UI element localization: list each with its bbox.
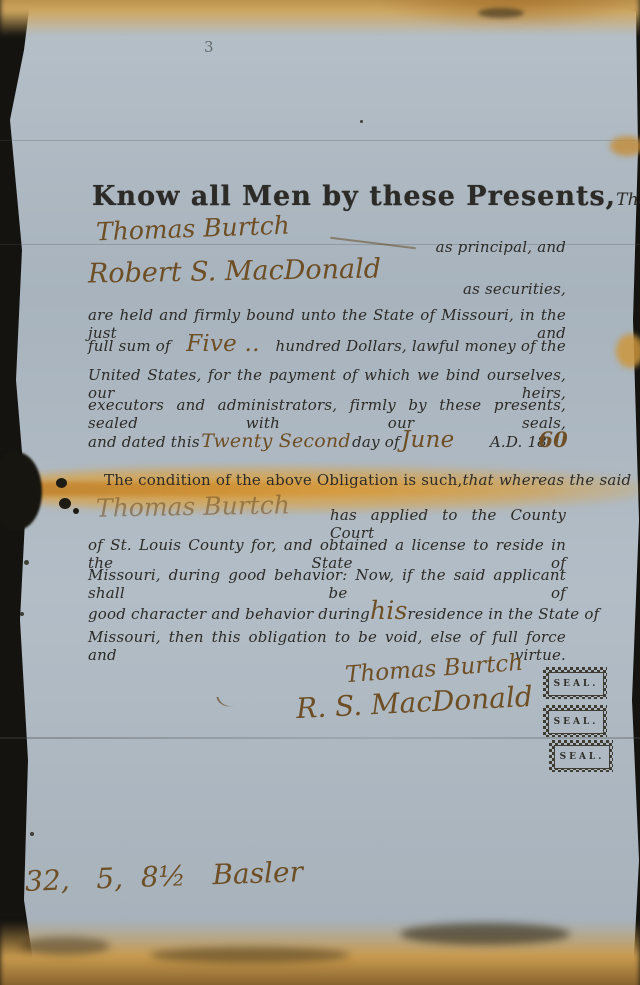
condition-italic: that whereas the said: [462, 471, 631, 489]
speck: [30, 832, 34, 836]
handwritten-sum: Five ‥: [186, 331, 260, 357]
body-line-2-pre: full sum of: [88, 337, 171, 355]
seal-stamp: SEAL.: [543, 705, 607, 737]
dated-this: and dated this: [88, 433, 200, 451]
handwritten-day: Twenty Second: [201, 430, 351, 452]
seal-stamp: SEAL.: [543, 667, 607, 699]
handwritten-month: June: [401, 427, 454, 453]
handwritten-security-name: Robert S. MacDonald: [88, 253, 382, 289]
photo-frame: 3 Know all Men by these Presents, That W…: [0, 0, 640, 985]
condition-roman: The condition of the above Obligation is…: [104, 471, 462, 489]
day-of: day of: [352, 433, 400, 451]
seal-label: SEAL.: [548, 672, 604, 696]
condition-line-5-post: residence in the State of: [408, 605, 600, 623]
crease-line: [0, 140, 640, 141]
heading-blackletter: Know all Men by these Presents,: [92, 181, 616, 212]
body-line-2-post: hundred Dollars, lawful money of the: [275, 337, 566, 355]
heading-that-we: That We,: [616, 190, 640, 210]
printed-as-securities: as securities,: [463, 280, 566, 298]
speck: [20, 612, 24, 616]
body-line-5: and dated this Twenty Second day of June…: [88, 427, 568, 453]
heading-line: Know all Men by these Presents, That We,: [92, 181, 568, 212]
seal-stamp: SEAL.: [549, 740, 613, 772]
condition-line-1: The condition of the above Obligation is…: [104, 471, 566, 489]
speck: [360, 120, 363, 123]
document-paper: [0, 0, 640, 985]
fold-line: [0, 737, 640, 739]
handwritten-applicant-name: Thomas Burtch: [96, 490, 290, 522]
seal-label: SEAL.: [548, 710, 604, 734]
condition-line-5: good character and behavior during his r…: [88, 596, 566, 625]
speck: [24, 560, 29, 565]
seal-label: SEAL.: [554, 745, 610, 769]
printed-as-principal: as principal, and: [436, 238, 566, 256]
handwritten-his: his: [370, 596, 408, 625]
handwritten-year: 60: [538, 427, 568, 452]
condition-line-5-pre: good character and behavior during: [88, 605, 370, 623]
body-line-2: full sum of Five ‥ hundred Dollars, lawf…: [88, 331, 566, 357]
page-mark: 3: [204, 38, 214, 56]
